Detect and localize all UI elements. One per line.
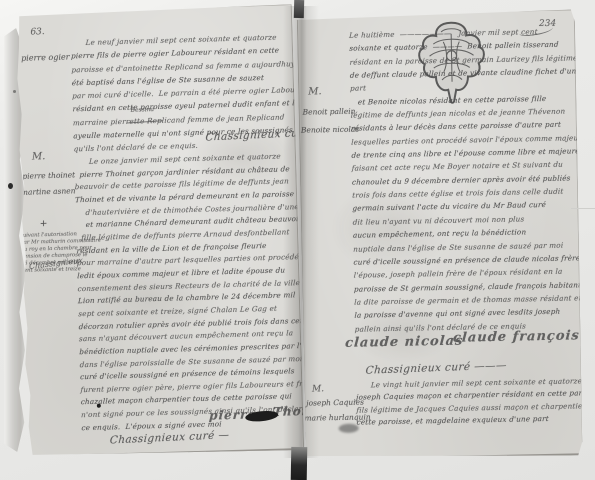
margin-marker: M. — [308, 86, 322, 97]
left-page: 63. pierre ogier Le neuf janvier mil sep… — [12, 4, 304, 458]
margin-marker: M. — [32, 151, 46, 162]
background-crease — [571, 208, 595, 209]
groom-signature-continued: Thoi — [273, 404, 304, 419]
interlinear-insertion: Bessina — [131, 106, 155, 114]
margin-note: martine asnen — [21, 186, 76, 197]
witness-signature: claude françois — [452, 328, 580, 345]
margin-note: pierre thoinet — [22, 170, 75, 180]
margin-note: pierre ogier — [21, 52, 70, 62]
folio-mark: 63. — [30, 27, 45, 37]
witness-signature: claude nicolas — [345, 334, 464, 351]
right-page: 234 M. Benoit pallein Benoite nicolas Le… — [297, 9, 584, 460]
paper-speck — [13, 90, 16, 93]
paper-speck — [8, 183, 13, 189]
binding-spine-bottom — [291, 447, 308, 480]
ink-dot — [97, 404, 101, 408]
binding-spine-top — [294, 0, 304, 18]
entry-marriage-caquies: Le vingt huit janvier mil sept cent soix… — [356, 375, 573, 428]
margin-note: Benoit pallein — [303, 107, 356, 117]
margin-marker: M. — [312, 384, 324, 394]
entry-marriage-pallein: Le huitième ——————— janvier mil sept cen… — [349, 25, 569, 336]
entry-marriage-thoinet: Le onze janvier mil sept cent soixante e… — [74, 150, 300, 434]
register-scan: 63. pierre ogier Le neuf janvier mil sep… — [0, 0, 595, 480]
cure-signature: Chassignieux curé ——— — [365, 359, 507, 376]
margin-cross-mark: + — [40, 219, 48, 229]
